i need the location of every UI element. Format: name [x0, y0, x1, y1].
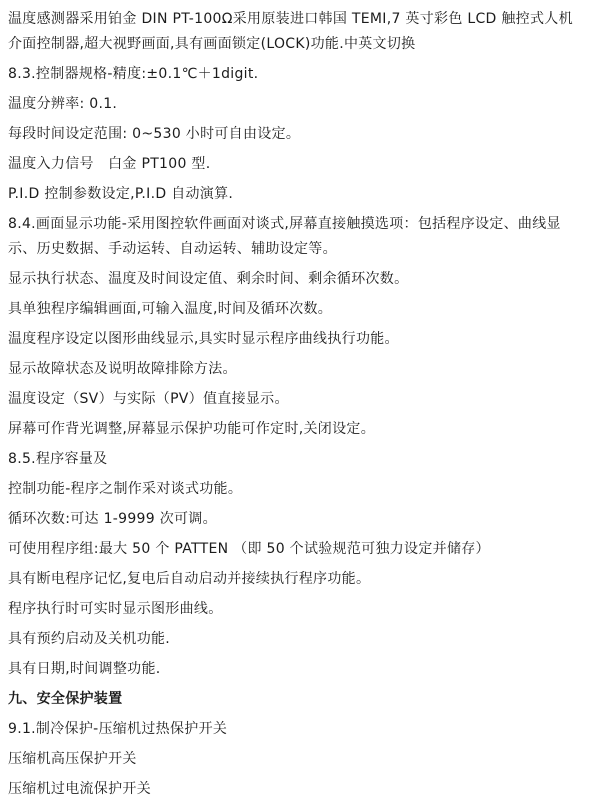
- paragraph: 温度分辨率: 0.1.: [8, 92, 583, 117]
- paragraph: 显示执行状态、温度及时间设定值、剩余时间、剩余循环次数。: [8, 267, 583, 292]
- paragraph: 具有预约启动及关机功能.: [8, 627, 583, 652]
- paragraph: 温度感测器采用铂金 DIN PT-100Ω采用原装进口韩国 TEMI,7 英寸彩…: [8, 7, 583, 57]
- paragraph: 程序执行时可实时显示图形曲线。: [8, 597, 583, 622]
- paragraph: 8.5.程序容量及: [8, 447, 583, 472]
- paragraph: 8.3.控制器规格-精度:±0.1℃＋1digit.: [8, 62, 583, 87]
- paragraph: 压缩机过电流保护开关: [8, 777, 583, 795]
- paragraph: 循环次数:可达 1-9999 次可调。: [8, 507, 583, 532]
- paragraph: 8.4.画面显示功能-采用图控软件画面对谈式,屏幕直接触摸选项：包括程序设定、曲…: [8, 212, 583, 262]
- paragraph: 温度设定（SV）与实际（PV）值直接显示。: [8, 387, 583, 412]
- paragraph: 温度程序设定以图形曲线显示,具实时显示程序曲线执行功能。: [8, 327, 583, 352]
- paragraph: 每段时间设定范围: 0~530 小时可自由设定。: [8, 122, 583, 147]
- paragraph: 九、安全保护装置: [8, 687, 583, 712]
- paragraph: 可使用程序组:最大 50 个 PATTEN （即 50 个试验规范可独力设定并储…: [8, 537, 583, 562]
- paragraph: 显示故障状态及说明故障排除方法。: [8, 357, 583, 382]
- paragraph: 具单独程序编辑画面,可输入温度,时间及循环次数。: [8, 297, 583, 322]
- paragraph: 具有断电程序记忆,复电后自动启动并接续执行程序功能。: [8, 567, 583, 592]
- document-body: 温度感测器采用铂金 DIN PT-100Ω采用原装进口韩国 TEMI,7 英寸彩…: [8, 7, 583, 795]
- paragraph: 9.1.制冷保护-压缩机过热保护开关: [8, 717, 583, 742]
- paragraph: P.I.D 控制参数设定,P.I.D 自动演算.: [8, 182, 583, 207]
- paragraph: 压缩机高压保护开关: [8, 747, 583, 772]
- paragraph: 控制功能-程序之制作采对谈式功能。: [8, 477, 583, 502]
- document-page: 温度感测器采用铂金 DIN PT-100Ω采用原装进口韩国 TEMI,7 英寸彩…: [0, 0, 591, 795]
- paragraph: 具有日期,时间调整功能.: [8, 657, 583, 682]
- paragraph: 温度入力信号 白金 PT100 型.: [8, 152, 583, 177]
- paragraph: 屏幕可作背光调整,屏幕显示保护功能可作定时,关闭设定。: [8, 417, 583, 442]
